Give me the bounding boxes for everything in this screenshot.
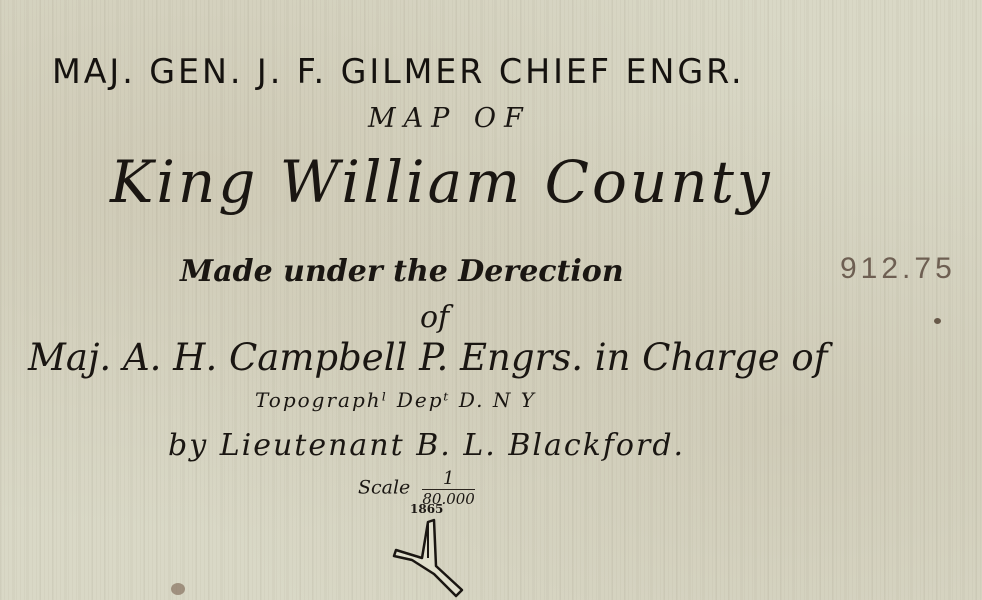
direction-line: Made under the Derection (180, 254, 624, 289)
of-connector: of (420, 300, 449, 335)
catalog-number: 912.75 (840, 252, 956, 286)
north-arrow-icon (388, 516, 478, 600)
scale-label: Scale (358, 477, 410, 499)
surveyor-line: by Lieutenant B. L. Blackford. (168, 428, 685, 463)
officer-in-charge: Maj. A. H. Campbell P. Engrs. in Charge … (28, 336, 827, 379)
scale-numerator: 1 (422, 470, 475, 490)
map-of-label: MAP OF (368, 103, 531, 134)
ink-spot (171, 583, 185, 595)
department-line: Topographˡ Depᵗ D. N Y (255, 388, 536, 412)
county-title: King William County (110, 148, 773, 216)
ink-spot (934, 318, 941, 324)
chief-engineer-header: MAJ. GEN. J. F. GILMER CHIEF ENGR. (52, 52, 745, 92)
year-label: 1865 (410, 502, 443, 516)
